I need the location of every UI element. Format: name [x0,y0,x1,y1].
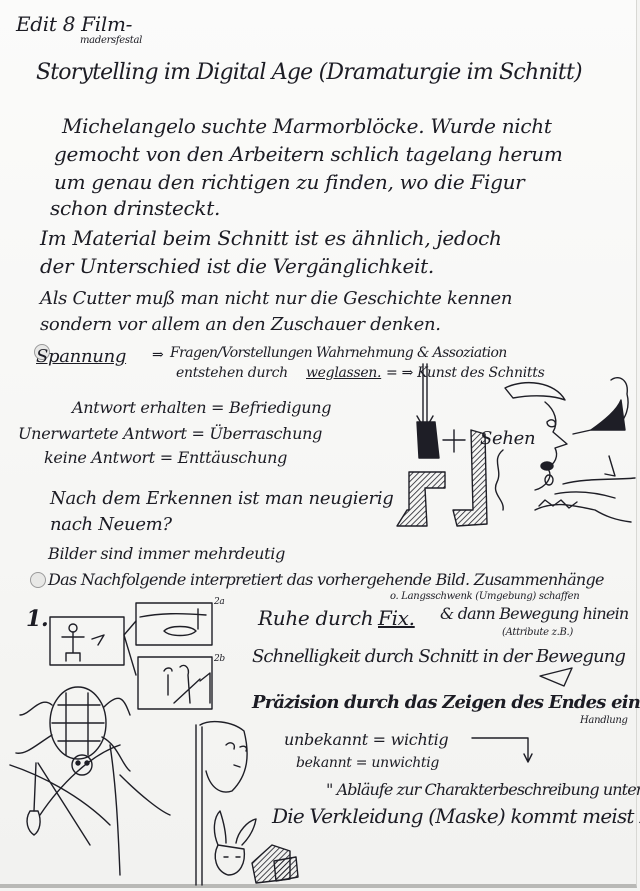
arrow-down-icon [470,734,540,764]
principle-ruhe-note: (Attribute z.B.) [502,628,573,638]
page-title: Storytelling im Digital Age (Dramaturgie… [36,62,582,84]
principle-verkleidung: Die Verkleidung (Maske) kommt meist zule… [272,806,640,826]
principle-praezision-cont: Handlung [580,716,628,726]
principle-fix: Fix. [378,608,415,628]
text-line: um genau den richtigen zu finden, wo die… [54,172,524,192]
principle-ruhe: Ruhe durch [258,608,373,628]
curiosity-line2: nach Neuem? [50,516,172,534]
meaning-line2: Das Nachfolgende interpretiert das vorhe… [48,572,604,588]
answer-line: keine Antwort = Enttäuschung [44,450,287,466]
principle-bekannt: bekannt = unwichtig [296,756,439,770]
meaning-line1: Bilder sind immer mehrdeutig [48,546,285,562]
principle-ablaeufe: " Abläufe zur Charakterbeschreibung unte… [326,782,640,798]
storyboard-frames-sketch [0,595,300,885]
principle-unbekannt: unbekannt = wichtig [284,732,448,748]
sketch-label-sehen: Sehen [480,430,535,448]
answer-line: Antwort erhalten = Befriedigung [72,400,331,416]
spannung-weglassen: weglassen. [306,366,381,380]
spannung-line2a: entstehen durch [176,366,288,380]
text-line: Michelangelo suchte Marmorblöcke. Wurde … [62,116,552,136]
curiosity-line1: Nach dem Erkennen ist man neugierig [50,490,394,508]
text-line: sondern vor allem an den Zuschauer denke… [40,316,441,334]
punch-hole-bottom [30,572,46,588]
answer-line: Unerwartete Antwort = Überraschung [18,426,322,442]
text-line: Im Material beim Schnitt ist es ähnlich,… [40,228,502,248]
spannung-line1: Fragen/Vorstellungen Wahrnehmung & Assoz… [170,346,507,360]
header-note-sub: madersfestal [80,36,142,46]
scanned-page: Edit 8 Film- madersfestal Storytelling i… [0,0,637,888]
principle-praezision: Präzision durch das Zeigen des Endes ein… [252,694,640,712]
header-note: Edit 8 Film- [16,14,132,34]
text-line: gemocht von den Arbeitern schlich tagela… [54,144,563,164]
spannung-arrow: ⇒ [152,348,163,362]
principle-ruhe-cont: & dann Bewegung hinein [440,606,628,622]
text-line: der Unterschied ist die Vergänglichkeit. [40,256,434,276]
arrow-left-icon [534,662,584,688]
text-line: Als Cutter muß man nicht nur die Geschic… [40,290,512,308]
text-line: schon drinsteckt. [50,198,220,218]
meaning-line3: o. Langsschwenk (Umgebung) schaffen [390,592,579,602]
spannung-label: Spannung [36,348,126,366]
